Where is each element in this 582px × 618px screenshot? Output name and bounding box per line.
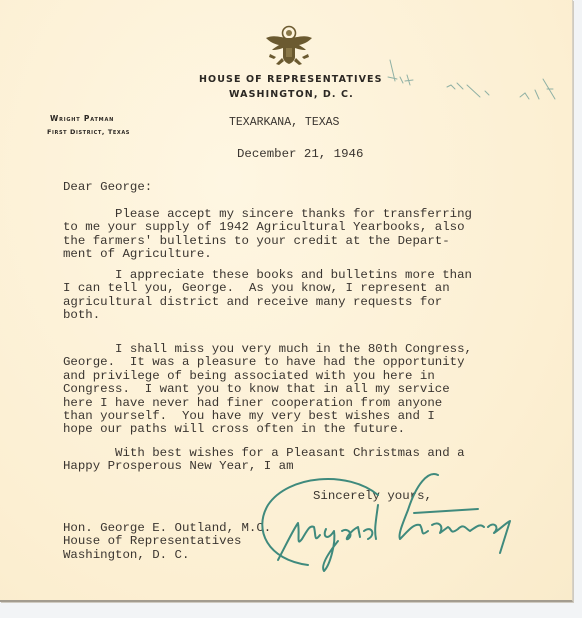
handwritten-signature — [238, 465, 538, 575]
letterhead-institution: HOUSE OF REPRESENTATIVES — [199, 74, 383, 85]
letter-paragraph: I shall miss you very much in the 80th C… — [63, 343, 472, 437]
pencil-notation — [385, 55, 580, 105]
letter-date: December 21, 1946 — [237, 147, 363, 161]
letterhead-city: WASHINGTON, D. C. — [229, 89, 354, 100]
letter-paragraph: Please accept my sincere thanks for tran… — [63, 208, 472, 262]
letter-place: TEXARKANA, TEXAS — [229, 116, 339, 129]
letterhead-member-name: Wright Patman — [50, 114, 114, 123]
letter-paragraph: I appreciate these books and bulletins m… — [63, 269, 472, 323]
letterhead-member-district: First District, Texas — [47, 128, 130, 136]
letter-salutation: Dear George: — [63, 180, 152, 194]
great-seal-eagle-icon — [262, 24, 316, 70]
letter-page: HOUSE OF REPRESENTATIVES WASHINGTON, D. … — [0, 0, 573, 602]
